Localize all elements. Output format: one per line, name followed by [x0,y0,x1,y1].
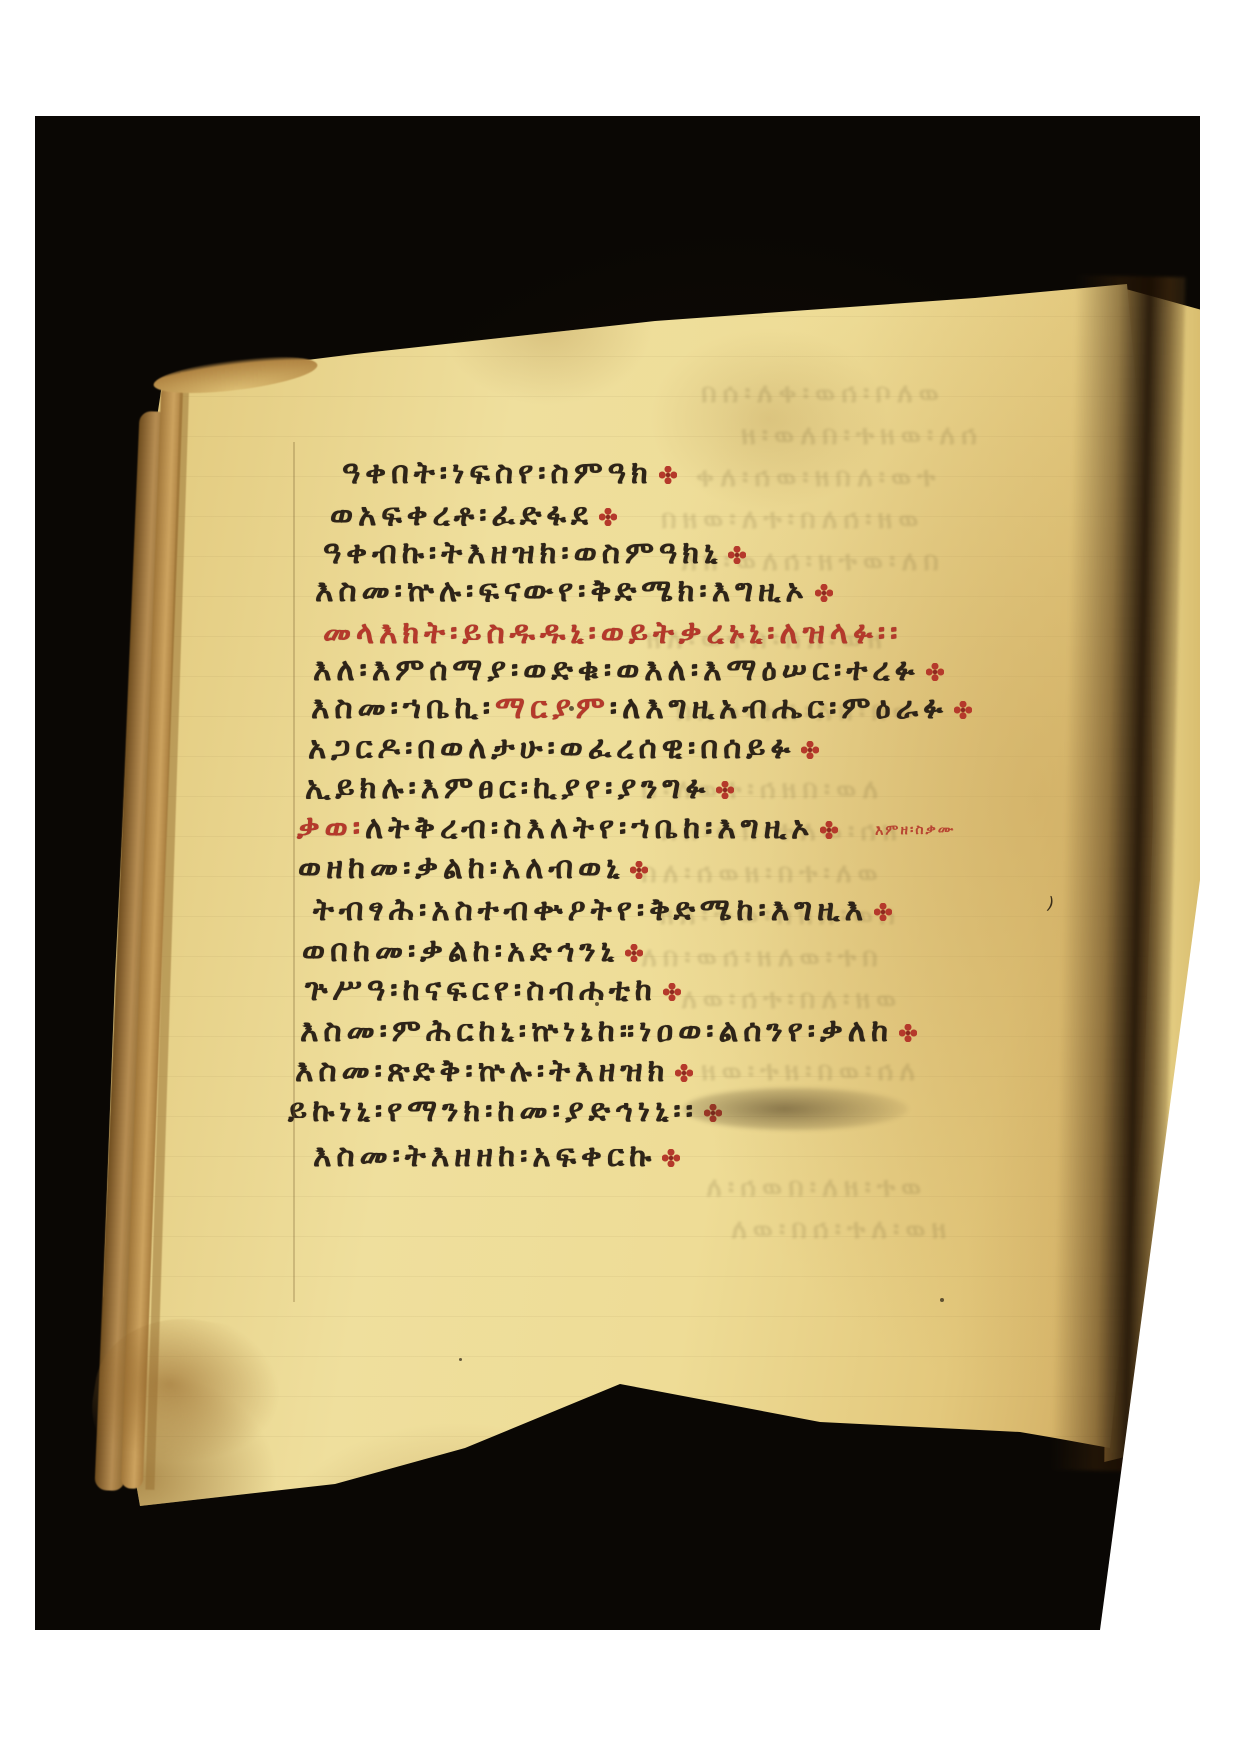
text-segment: ለትቅረብ፡ስእለትየ፡ኀቤከ፡እግዚኦ [365,810,814,846]
text-segment: እስመ፡ኵሉ፡ፍናውየ፡ቅድሜክ፡እግዚኦ [315,573,809,609]
red-marginal-note: እምዘ፡ስቃሙ [875,821,956,838]
stray-pen-mark: ) [1045,893,1056,914]
text-segment: ትብፃሕ፡አስተብቍዖትየ፡ቅድሜከ፡እግዚእ [313,892,868,928]
text-segment: ዓቀበት፡ነፍስየ፡ስምዓክ [342,455,653,491]
red-cross-separator-icon [662,1149,680,1167]
text-segment: ዓቀብኩ፡ትእዘዝክ፡ወስምዓክኒ [323,535,722,571]
red-cross-separator-icon [659,466,677,484]
manuscript-line: ወበከመ፡ቃልከ፡አድኅንኒ [302,933,643,970]
manuscript-line: መላእክት፡ይስዱዱኒ፡ወይትቃረኑኒ፡ለዝላፉ፡፡ [323,615,903,652]
text-segment: እስመ፡ትእዘዘከ፡አፍቀርኩ [313,1138,656,1174]
text-segment: ፡ለእግዚአብሔር፡ምዕራፉ [610,690,948,726]
red-cross-separator-icon [815,584,833,602]
manuscript-line: እስመ፡ትእዘዘከ፡አፍቀርኩ [313,1138,680,1175]
text-segment: ቃወ፡ [297,810,365,846]
red-cross-separator-icon [663,983,681,1001]
red-cross-separator-icon [716,781,734,799]
manuscript-line: ጕሥዓ፡ከናፍርየ፡ስብሐቲከ [305,972,681,1009]
manuscript-line: ዓቀበት፡ነፍስየ፡ስምዓክ [342,455,677,492]
red-cross-separator-icon [926,663,944,681]
manuscript-line: አጋርዶ፡በወለታሁ፡ወፈረሰዊ፡በሰይፉ [308,730,819,767]
text-segment: ማርያም [495,690,610,726]
manuscript-line: እስመ፡ኵሉ፡ፍናውየ፡ቅድሜክ፡እግዚኦ [315,573,833,610]
ink-speck [459,1358,462,1361]
manuscript-line: ትብፃሕ፡አስተብቍዖትየ፡ቅድሜከ፡እግዚእ [313,892,892,929]
red-cross-separator-icon [954,701,972,719]
red-cross-separator-icon [728,546,746,564]
text-segment: ጕሥዓ፡ከናፍርየ፡ስብሐቲከ [305,972,657,1008]
text-segment: ወዘከመ፡ቃልከ፡አለብወኒ [298,850,624,886]
manuscript-line: እስመ፡ኀቤኪ፡ማርያም፡ለእግዚአብሔር፡ምዕራፉ [311,690,972,727]
red-cross-separator-icon [899,1024,917,1042]
ink-speck [535,174,539,178]
text-segment: ወበከመ፡ቃልከ፡አድኅንኒ [302,933,619,969]
text-segment: ይኩነኒ፡የማንክ፡ከመ፡ያድኅነኒ፡፡ [288,1093,698,1129]
text-segment: መላእክት፡ይስዱዱኒ፡ወይትቃረኑኒ፡ለዝላፉ፡፡ [323,615,903,651]
text-segment: እስመ፡ጽድቅ፡ኵሉ፡ትእዘዝክ [295,1053,669,1089]
text-segment: እስመ፡ምሕርከኒ፡ኵነኔከ።ነዐወ፡ልሰንየ፡ቃለከ [300,1013,893,1049]
manuscript-line: ወዘከመ፡ቃልከ፡አለብወኒ [298,850,648,887]
text-segment: እለ፡እምሰማያ፡ወድቁ፡ወእለ፡እማዕሠር፡ተረፉ [313,652,920,688]
manuscript-line: እስመ፡ምሕርከኒ፡ኵነኔከ።ነዐወ፡ልሰንየ፡ቃለከ [300,1013,917,1050]
ink-speck [569,706,574,711]
ink-speck [595,1002,599,1006]
manuscript-line: ኢይክሉ፡እምፀር፡ኪያየ፡ያንግፉ [305,770,734,807]
ink-speck [940,1298,944,1302]
text-segment: እስመ፡ኀቤኪ፡ [311,690,495,726]
manuscript-line: ዓቀብኩ፡ትእዘዝክ፡ወስምዓክኒ [323,535,746,572]
text-segment: ኢይክሉ፡እምፀር፡ኪያየ፡ያንግፉ [305,770,710,806]
ink-smudge [683,1088,908,1130]
manuscript-line: እስመ፡ጽድቅ፡ኵሉ፡ትእዘዝክ [295,1053,693,1090]
manuscript-line: ወአፍቀረቶ፡ፈድፋደ [330,497,617,534]
manuscript-line: ይኩነኒ፡የማንክ፡ከመ፡ያድኅነኒ፡፡ [288,1093,722,1130]
manuscript-line: ቃወ፡ለትቅረብ፡ስእለትየ፡ኀቤከ፡እግዚኦ [297,810,838,847]
red-cross-separator-icon [599,508,617,526]
text-segment: አጋርዶ፡በወለታሁ፡ወፈረሰዊ፡በሰይፉ [308,730,795,766]
ruling-margin-line [293,442,295,1302]
red-cross-separator-icon [801,741,819,759]
red-cross-separator-icon [874,903,892,921]
screenshot-root: { "description": "Photograph of an aged … [0,0,1238,1753]
red-cross-separator-icon [630,861,648,879]
manuscript-photograph: ወለባ፡ስወ፡ቀለ፡ሰበስለ፡ወዘተ፡በለወ፡ዘተወ፡ለበዘ፡ወስ፡ለቀወዘ፡ስ… [35,116,1200,1630]
text-segment: ወአፍቀረቶ፡ፈድፋደ [330,497,593,533]
red-cross-separator-icon [820,821,838,839]
red-cross-separator-icon [625,944,643,962]
red-cross-separator-icon [675,1064,693,1082]
manuscript-line: እለ፡እምሰማያ፡ወድቁ፡ወእለ፡እማዕሠር፡ተረፉ [313,652,944,689]
